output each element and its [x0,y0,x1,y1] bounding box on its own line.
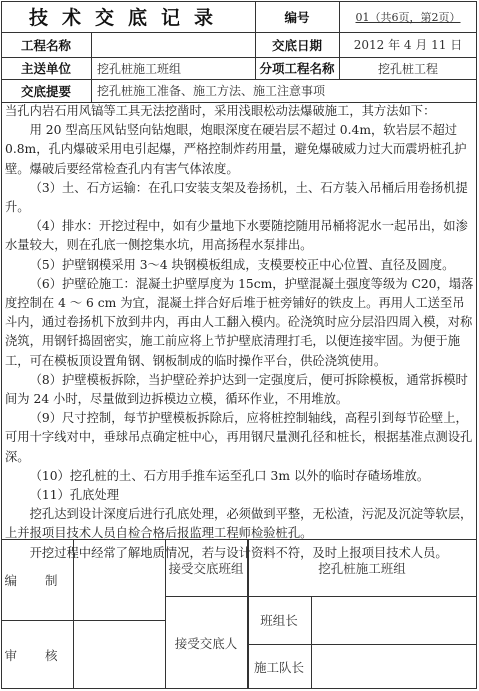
team-leader-value-cell[interactable] [311,596,477,644]
summary-label-cell: 交底提要 [1,79,91,102]
paragraph: （8）护壁模板拆除，当护壁砼养护达到一定强度后，便可拆除模板，通常拆模时间为 2… [5,371,475,409]
sub-project-value-cell: 挖孔桩工程 [339,57,477,79]
crew-chief-value-cell[interactable] [311,644,477,689]
date-label-cell: 交底日期 [255,32,339,57]
prepared-value-cell[interactable] [73,539,165,620]
receiving-team-value-cell: 挖孔桩施工班组 [247,539,477,596]
sub-project-label: 分项工程名称 [259,59,334,77]
paragraph: （10）挖孔桩的土、石方用手推车运至孔口 3m 以外的临时存碴场堆放。 [5,467,475,486]
unit-value-cell: 挖孔桩施工班组 [91,57,255,79]
paragraph: 当孔内岩石用风镐等工具无法挖凿时，采用浅眼松动法爆破施工，其方法如下： [5,102,475,121]
receiving-team-value: 挖孔桩施工班组 [318,559,406,577]
unit-label: 主送单位 [21,59,71,77]
body-content: 当孔内岩石用风镐等工具无法挖凿时，采用浅眼松动法爆破施工，其方法如下： 用 20… [5,102,475,563]
receiver-label: 接受交底人 [175,634,238,652]
title-cell: 技术交底记录 [1,1,255,32]
paragraph: （9）尺寸控制，每节护壁模板拆除后，应将桩控制轴线，高程引到每节砼壁上，可用十字… [5,409,475,467]
reviewed-value-cell[interactable] [73,620,165,689]
document-number: 01（共6页，第2页） [356,9,461,25]
number-label-cell: 编号 [255,1,339,32]
receiving-team-label: 接受交底班组 [168,559,243,577]
date-value-cell: 2012 年 4 月 11 日 [339,32,477,57]
date-label: 交底日期 [272,36,322,54]
reviewed-label-cell: 审 核 [1,620,73,689]
crew-chief-label-cell: 施工队长 [247,644,311,689]
prepared-label: 编 制 [5,571,70,589]
page-title: 技术交底记录 [29,3,227,30]
sub-project-label-cell: 分项工程名称 [255,57,339,79]
project-name-label: 工程名称 [21,36,71,54]
unit-value: 挖孔桩施工班组 [97,60,181,77]
crew-chief-label: 施工队长 [254,658,304,676]
receiver-label-cell: 接受交底人 [165,596,247,689]
project-name-label-cell: 工程名称 [1,32,91,57]
summary-value: 挖孔桩施工准备、施工方法、施工注意事项 [97,82,325,99]
paragraph: （6）护壁砼施工：混凝土护壁厚度为 15cm，护壁混凝土强度等级为 C20，塌落… [5,275,475,371]
project-name-value-cell [91,32,255,57]
team-leader-label-cell: 班组长 [247,596,311,644]
summary-value-cell: 挖孔桩施工准备、施工方法、施工注意事项 [91,79,477,102]
date-value: 2012 年 4 月 11 日 [354,36,463,53]
summary-label: 交底提要 [21,82,71,100]
reviewed-label: 审 核 [5,646,70,664]
paragraph: 用 20 型高压风钻竖向钻炮眼，炮眼深度在硬岩层不超过 0.4m，软岩层不超过 … [5,121,475,179]
paragraph: （3）土、石方运输：在孔口安装支架及卷扬机，土、石方装入吊桶后用卷扬机提升。 [5,179,475,217]
paragraph: 挖孔达到设计深度后进行孔底处理，必须做到平整，无松渣，污泥及沉淀等软层， [5,505,475,524]
sub-project-value: 挖孔桩工程 [378,60,438,77]
paragraph: （5）护壁钢模采用 3～4 块钢模板组成，支模要校正中心位置、直径及圆度。 [5,256,475,275]
receiving-team-label-cell: 接受交底班组 [165,539,247,596]
number-value-cell: 01（共6页，第2页） [339,1,477,32]
paragraph: （4）排水：开挖过程中，如有少量地下水要随挖随用吊桶将泥水一起吊出，如渗水量较大… [5,217,475,255]
team-leader-label: 班组长 [260,611,298,629]
prepared-label-cell: 编 制 [1,539,73,620]
paragraph: （11）孔底处理 [5,486,475,505]
unit-label-cell: 主送单位 [1,57,91,79]
number-label: 编号 [284,8,309,26]
